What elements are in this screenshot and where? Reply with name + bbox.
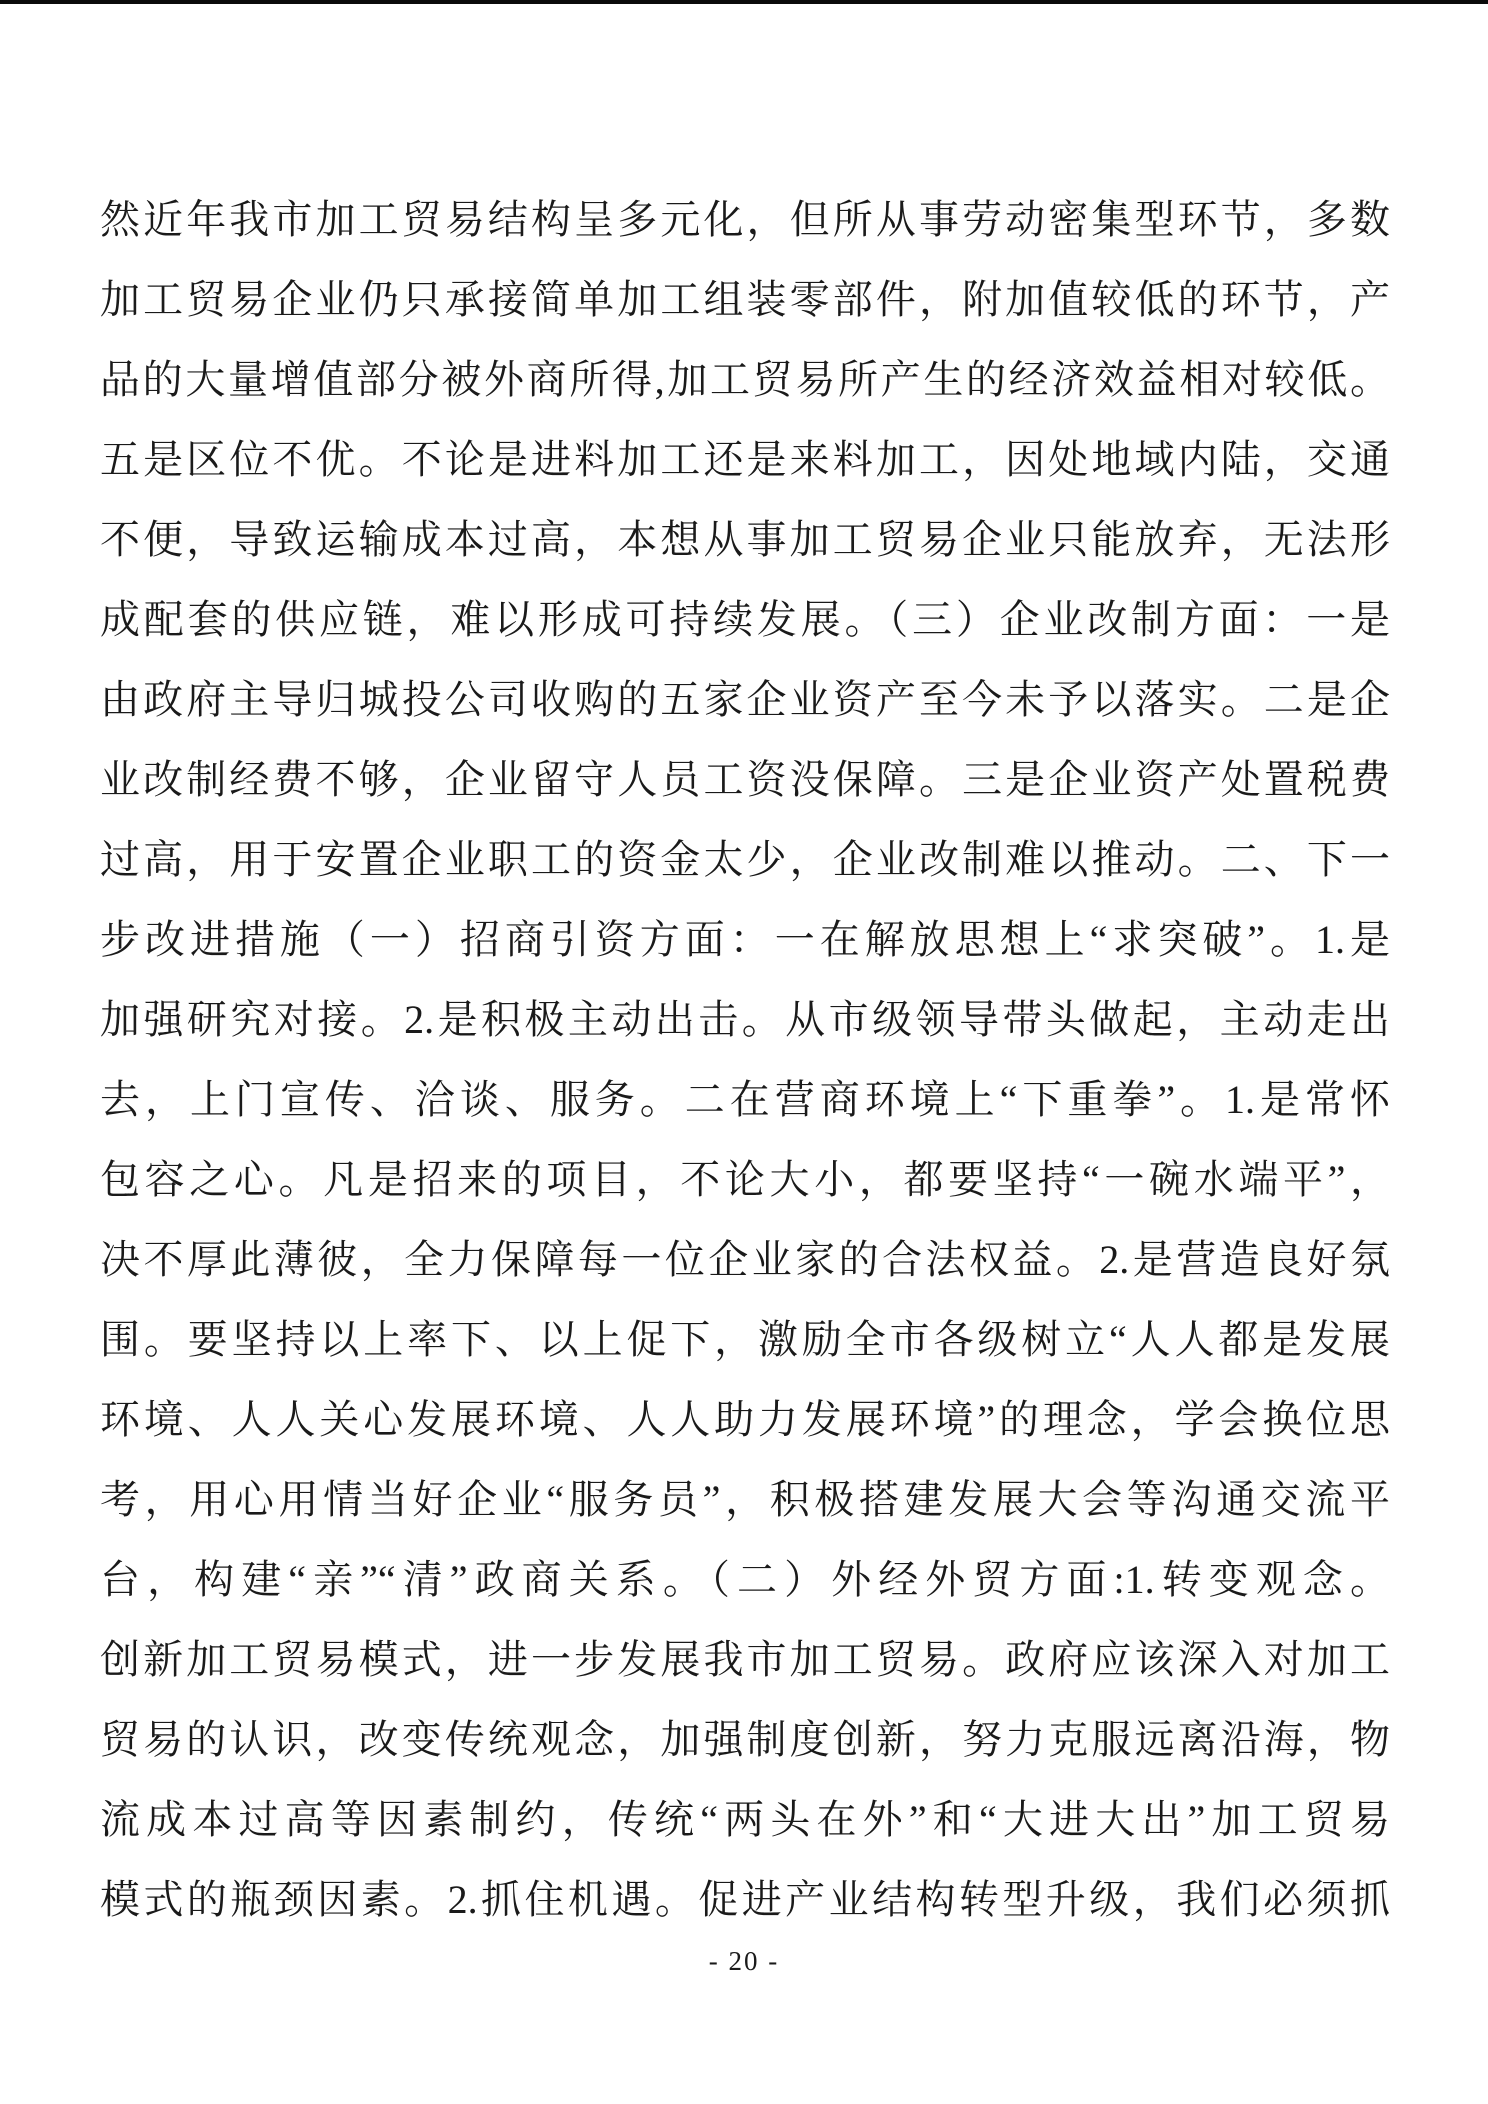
text-line: 围。要坚持以上率下、以上促下，激励全市各级树立“人人都是发展 bbox=[100, 1300, 1390, 1380]
text-line: 台，构建“亲”“清”政商关系。（二）外经外贸方面:1.转变观念。 bbox=[100, 1540, 1390, 1620]
document-body: 然近年我市加工贸易结构呈多元化，但所从事劳动密集型环节，多数加工贸易企业仍只承接… bbox=[100, 180, 1390, 1940]
text-line: 流成本过高等因素制约，传统“两头在外”和“大进大出”加工贸易 bbox=[100, 1780, 1390, 1860]
text-line: 包容之心。凡是招来的项目，不论大小，都要坚持“一碗水端平”， bbox=[100, 1140, 1390, 1220]
text-line: 步改进措施（一）招商引资方面：一在解放思想上“求突破”。1.是 bbox=[100, 900, 1390, 980]
text-line: 品的大量增值部分被外商所得,加工贸易所产生的经济效益相对较低。 bbox=[100, 340, 1390, 420]
text-line: 环境、人人关心发展环境、人人助力发展环境”的理念，学会换位思 bbox=[100, 1380, 1390, 1460]
text-line: 模式的瓶颈因素。2.抓住机遇。促进产业结构转型升级，我们必须抓 bbox=[100, 1860, 1390, 1940]
text-line: 考，用心用情当好企业“服务员”，积极搭建发展大会等沟通交流平 bbox=[100, 1460, 1390, 1540]
text-line: 决不厚此薄彼，全力保障每一位企业家的合法权益。2.是营造良好氛 bbox=[100, 1220, 1390, 1300]
page-top-border bbox=[0, 0, 1488, 4]
text-line: 由政府主导归城投公司收购的五家企业资产至今未予以落实。二是企 bbox=[100, 660, 1390, 740]
text-line: 贸易的认识，改变传统观念，加强制度创新，努力克服远离沿海，物 bbox=[100, 1700, 1390, 1780]
text-line: 五是区位不优。不论是进料加工还是来料加工，因处地域内陆，交通 bbox=[100, 420, 1390, 500]
text-line: 业改制经费不够，企业留守人员工资没保障。三是企业资产处置税费 bbox=[100, 740, 1390, 820]
text-line: 去，上门宣传、洽谈、服务。二在营商环境上“下重拳”。1.是常怀 bbox=[100, 1060, 1390, 1140]
text-line: 不便，导致运输成本过高，本想从事加工贸易企业只能放弃，无法形 bbox=[100, 500, 1390, 580]
text-line: 成配套的供应链，难以形成可持续发展。（三）企业改制方面：一是 bbox=[100, 580, 1390, 660]
text-line: 加工贸易企业仍只承接简单加工组装零部件，附加值较低的环节，产 bbox=[100, 260, 1390, 340]
document-page: 然近年我市加工贸易结构呈多元化，但所从事劳动密集型环节，多数加工贸易企业仍只承接… bbox=[0, 0, 1488, 2104]
text-line: 过高，用于安置企业职工的资金太少，企业改制难以推动。二、下一 bbox=[100, 820, 1390, 900]
page-number: - 20 - bbox=[0, 1944, 1488, 1978]
text-line: 加强研究对接。2.是积极主动出击。从市级领导带头做起，主动走出 bbox=[100, 980, 1390, 1060]
text-line: 创新加工贸易模式，进一步发展我市加工贸易。政府应该深入对加工 bbox=[100, 1620, 1390, 1700]
text-line: 然近年我市加工贸易结构呈多元化，但所从事劳动密集型环节，多数 bbox=[100, 180, 1390, 260]
